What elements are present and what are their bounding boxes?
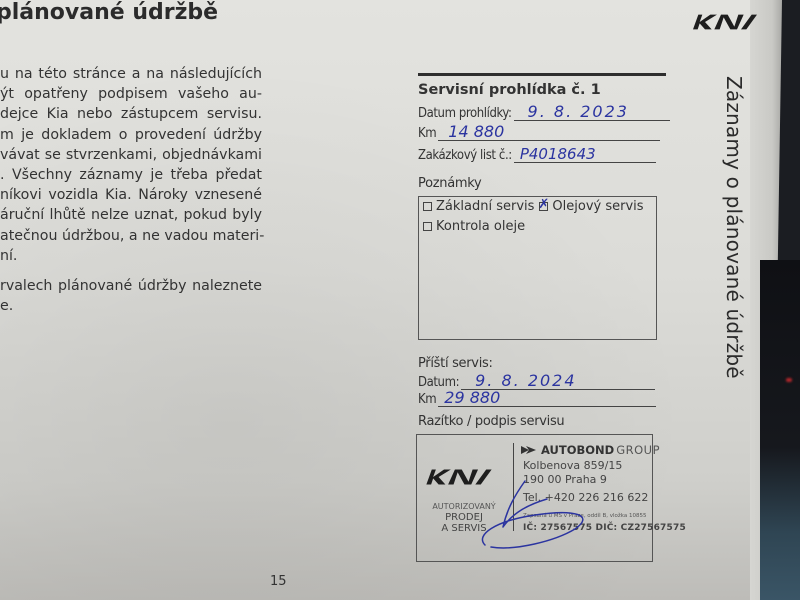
dealer-text: AUTORIZOVANÝ PRODEJ A SERVIS [421,501,507,534]
notes-row-2: Kontrola oleje [423,219,525,234]
address-line-1: Kolbenova 859/15 [523,459,622,472]
paragraph-line: vávat se stvrzenkami, objednávkami [0,145,262,165]
order-sheet-label: Zakázkový list č.: [418,148,512,163]
section-heading: plánované údržbě [0,0,218,25]
next-km-label: Km [418,392,436,407]
stamp-box: AUTORIZOVANÝ PRODEJ A SERVIS AUTOBOND GR… [416,434,653,562]
inspection-date-field[interactable]: Datum prohlídky: 9. 8. 2023 [418,104,670,121]
paragraph-line: áruční lhůtě nelze uznat, pokud byly [0,205,262,225]
stamp-divider [513,443,514,531]
paragraph-line: ýt opatřeny podpisem vašeho au- [0,84,262,104]
km-label: Km [418,126,436,141]
inspection-date-label: Datum prohlídky: [418,106,512,121]
page-number: 15 [270,574,287,589]
company-group: GROUP [616,443,660,457]
address-line-2: 190 00 Praha 9 [523,473,607,486]
paragraph-line: ní. [0,246,262,266]
autobond-logo: AUTOBOND GROUP [521,443,660,457]
order-sheet-field[interactable]: Zakázkový list č.: P4018643 [418,146,656,163]
form-title: Servisní prohlídka č. 1 [418,82,601,98]
paragraph-line: . Všechny záznamy je třeba předat [0,165,262,185]
paragraph-line: rvalech plánované údržby naleznete [0,276,262,296]
paragraph-line: níkovi vozidla Kia. Nároky vznesené [0,185,262,205]
basic-service-checkbox[interactable] [423,202,432,211]
intro-paragraph: u na této stránce a na následujícíchýt o… [0,64,262,266]
company-name: AUTOBOND [541,443,614,457]
km-value: 14 880 [448,122,504,141]
company-ids: IČ: 27567575 DIČ: CZ27567575 [523,523,686,533]
dealer-line-1: AUTORIZOVANÝ [421,501,507,512]
order-sheet-value: P4018643 [520,145,596,163]
oil-check-checkbox[interactable] [423,222,432,231]
oil-service-label: Olejový servis [552,199,643,214]
registration-info: Zapsaná u MS v Praze, oddíl B, vložka 10… [523,513,646,519]
next-service-km-field[interactable]: Km 29 880 [418,390,656,407]
km-field[interactable]: Km 14 880 [418,124,660,141]
paragraph-line: m je dokladem o provedení údržby [0,125,262,145]
red-light-glint [786,378,792,382]
oil-check-label: Kontrola oleje [436,219,525,234]
inspection-date-value: 9. 8. 2023 [528,102,629,121]
dealer-line-3: A SERVIS [421,523,507,534]
background-surface [760,260,800,600]
next-km-value: 29 880 [444,388,500,407]
stamp-label: Razítko / podpis servisu [418,414,564,429]
paragraph-line: dejce Kia nebo zástupcem servisu. [0,104,262,124]
kia-logo-stamp [425,465,493,489]
section-tab-title: Záznamy o plánované údržbě [722,76,746,379]
dealer-line-2: PRODEJ [421,512,507,523]
paragraph-line: e. [0,296,262,316]
form-top-rule [418,73,666,76]
notes-label: Poznámky [418,176,481,191]
kia-logo [688,12,762,32]
autobond-arrow-icon [521,445,537,455]
paragraph-line: u na této stránce a na následujících [0,64,262,84]
phone: Tel. +420 226 216 622 [523,491,648,504]
notes-box: Základní servis Olejový servis Kontrola … [418,196,657,340]
interval-paragraph: rvalech plánované údržby naleznetee. [0,276,262,316]
paragraph-line: atečnou údržbou, a ne vadou materi- [0,226,262,246]
oil-service-checkbox[interactable] [539,202,548,211]
basic-service-label: Základní servis [436,199,534,214]
next-service-label: Příští servis: [418,356,493,371]
notes-row-1: Základní servis Olejový servis [423,199,644,214]
